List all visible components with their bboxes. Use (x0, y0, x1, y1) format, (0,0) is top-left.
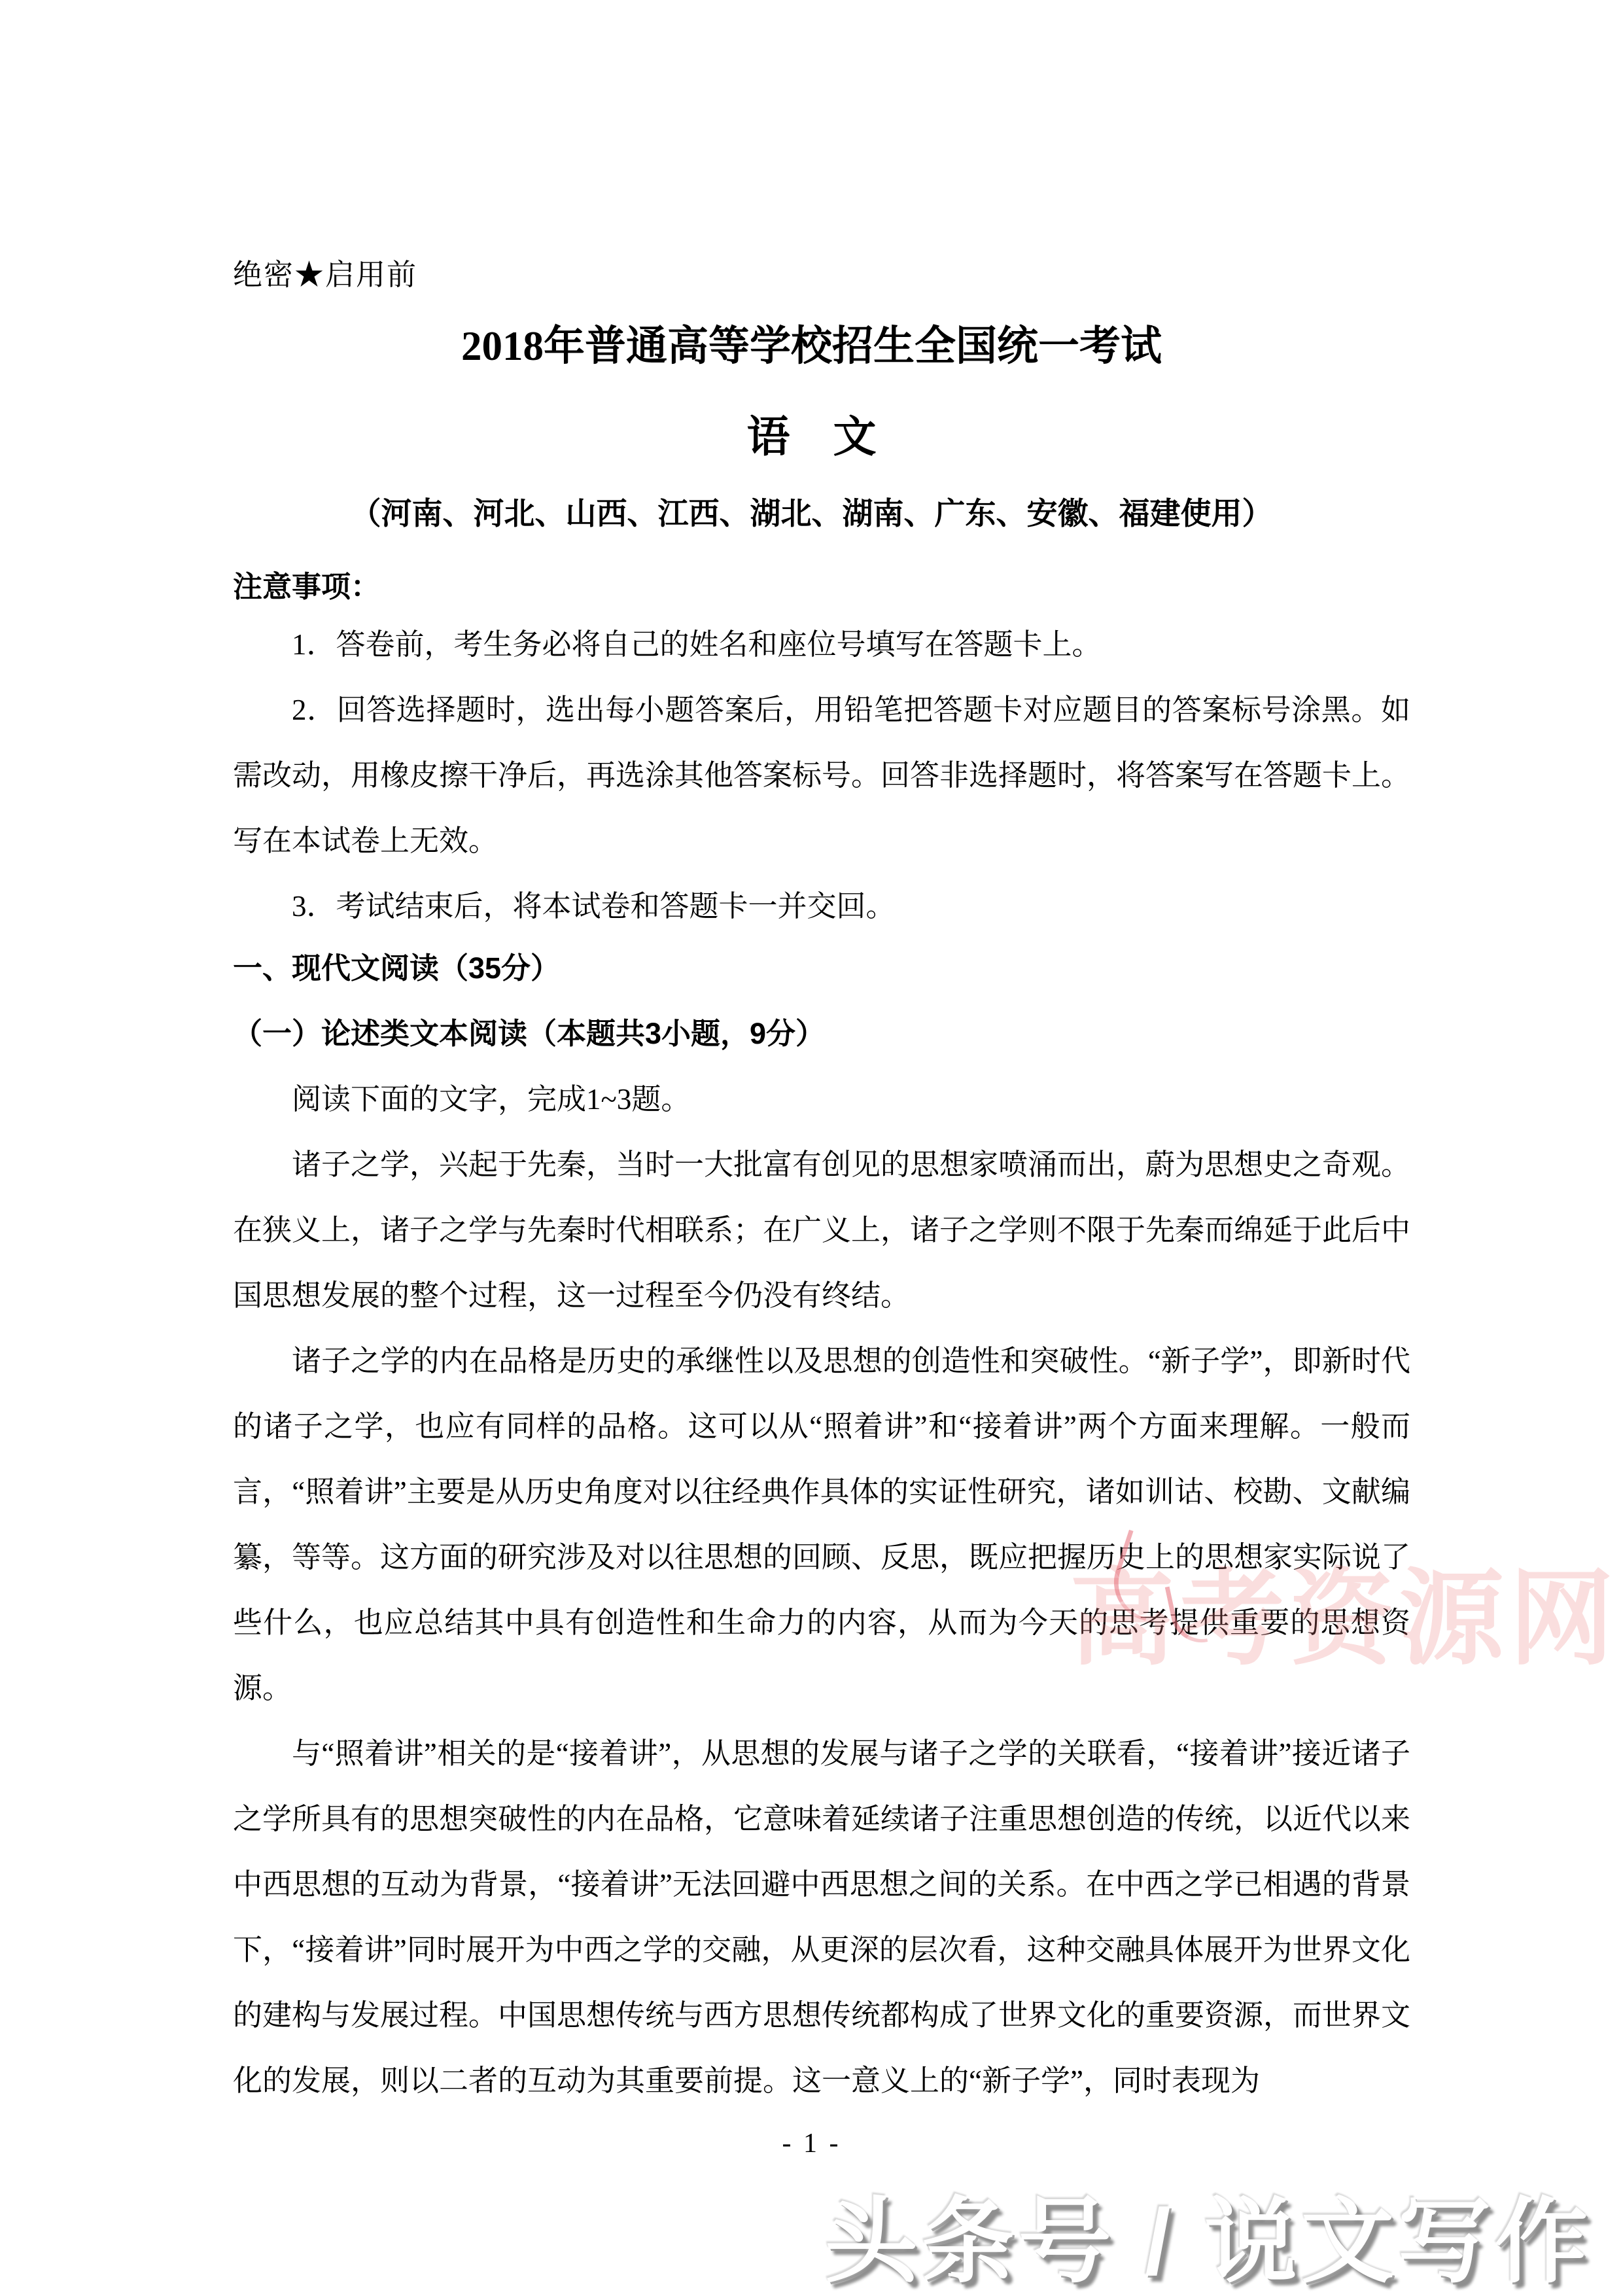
notice-list: 1．答卷前，考生务必将自己的姓名和座位号填写在答题卡上。 2．回答选择题时，选出… (233, 612, 1410, 939)
section-heading-modern-reading: 一、现代文阅读（35分） (233, 936, 1410, 1001)
security-classification-label: 绝密★启用前 (233, 251, 417, 293)
toutiao-watermark: 头条号 / 说文写作 (825, 2167, 1592, 2296)
subject-title: 语 文 (0, 402, 1623, 464)
exam-title: 2018年普通高等学校招生全国统一考试 (0, 313, 1623, 372)
page-number: - 1 - (0, 2128, 1623, 2159)
exam-paper-page: 绝密★启用前 2018年普通高等学校招生全国统一考试 语 文 （河南、河北、山西… (0, 0, 1623, 2296)
notice-item-2: 2．回答选择题时，选出每小题答案后，用铅笔把答题卡对应题目的答案标号涂黑。如需改… (233, 677, 1410, 874)
reading-instruction: 阅读下面的文字，完成1~3题。 (233, 1067, 1410, 1132)
passage-body: 一、现代文阅读（35分） （一）论述类文本阅读（本题共3小题，9分） 阅读下面的… (233, 936, 1410, 2113)
passage-paragraph-3: 与“照着讲”相关的是“接着讲”，从思想的发展与诸子之学的关联看，“接着讲”接近诸… (233, 1721, 1410, 2113)
notice-item-3: 3．考试结束后，将本试卷和答题卡一并交回。 (233, 874, 1410, 939)
notice-heading: 注意事项： (233, 563, 380, 605)
subsection-heading-argumentative-reading: （一）论述类文本阅读（本题共3小题，9分） (233, 1001, 1410, 1067)
region-usage-note: （河南、河北、山西、江西、湖北、湖南、广东、安徽、福建使用） (0, 489, 1623, 533)
passage-paragraph-1: 诸子之学，兴起于先秦，当时一大批富有创见的思想家喷涌而出，蔚为思想史之奇观。在狭… (233, 1132, 1410, 1328)
notice-item-1: 1．答卷前，考生务必将自己的姓名和座位号填写在答题卡上。 (233, 612, 1410, 677)
